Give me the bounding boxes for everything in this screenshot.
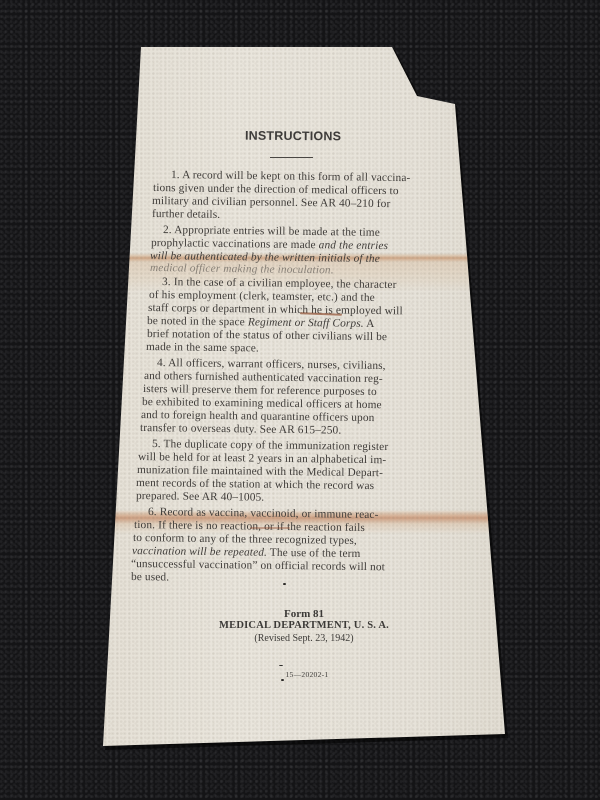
form-number: Form 81	[284, 608, 324, 620]
form-department: MEDICAL DEPARTMENT, U. S. A.	[219, 620, 389, 631]
instruction-3-line-4-plain: be noted in the space	[147, 315, 248, 328]
instruction-2-line-2-plain: prophylactic vaccinations are made	[151, 237, 319, 251]
instruction-2-line-4: medical officer making the inoculation.	[150, 262, 334, 277]
title-divider	[270, 157, 313, 158]
instruction-6-line-4-italic: vaccination will be repeated.	[132, 545, 267, 559]
instruction-1-line-4: further details.	[152, 208, 220, 222]
instruction-6-line-6: be used.	[131, 571, 169, 584]
instruction-3-line-4-italic: Regiment or Staff Corps.	[248, 316, 364, 330]
instruction-2-line-4-italic: medical officer making the inoculation.	[150, 262, 334, 276]
paper-speck	[279, 665, 283, 666]
page-title: INSTRUCTIONS	[245, 129, 340, 144]
paper-speck	[283, 583, 286, 585]
form-revision: (Revised Sept. 23, 1942)	[254, 633, 353, 644]
ink-stain-mark	[250, 527, 290, 529]
instruction-2-line-2-italic: and the entries	[319, 239, 389, 252]
print-code: 15—20202-1	[286, 670, 329, 679]
paper-speck	[281, 679, 284, 681]
form-content: INSTRUCTIONS 1. A record will be kept on…	[0, 0, 600, 800]
instruction-3-line-4-tail: A	[364, 318, 375, 330]
instruction-3-line-6: made in the same space.	[146, 341, 259, 355]
instruction-5-line-5: prepared. See AR 40–1005.	[136, 490, 264, 505]
instruction-4-line-6: transfer to overseas duty. See AR 615–25…	[140, 422, 341, 438]
instruction-6-line-4-tail: The use of the term	[267, 547, 361, 560]
